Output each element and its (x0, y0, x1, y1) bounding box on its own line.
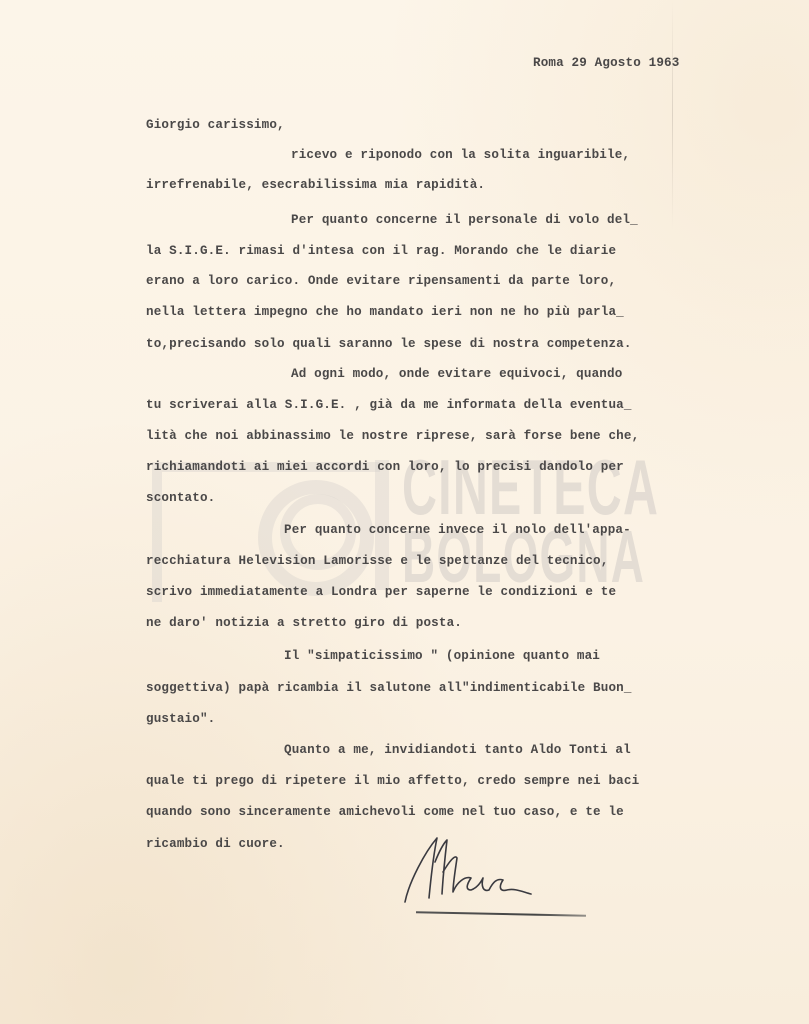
body-line: Ad ogni modo, onde evitare equivoci, qua… (291, 367, 622, 381)
body-line: soggettiva) papà ricambia il salutone al… (146, 681, 632, 695)
body-line: scrivo immediatamente a Londra per saper… (146, 585, 616, 599)
body-line: ricambio di cuore. (146, 837, 285, 851)
letter-date: Roma 29 Agosto 1963 (533, 56, 679, 70)
body-line: richiamandoti ai miei accordi con loro, … (146, 460, 624, 474)
handwritten-signature: Mara (395, 832, 545, 912)
body-line: lità che noi abbinassimo le nostre ripre… (146, 429, 639, 443)
body-line: Quanto a me, invidiandoti tanto Aldo Ton… (284, 743, 631, 757)
letter-salutation: Giorgio carissimo, (146, 118, 285, 132)
body-line: scontato. (146, 491, 215, 505)
body-line: irrefrenabile, esecrabilissima mia rapid… (146, 178, 485, 192)
body-line: tu scriverai alla S.I.G.E. , già da me i… (146, 398, 632, 412)
body-line: Per quanto concerne il personale di volo… (291, 213, 638, 227)
body-line: Per quanto concerne invece il nolo dell'… (284, 523, 631, 537)
body-line: erano a loro carico. Onde evitare ripens… (146, 274, 616, 288)
body-line: nella lettera impegno che ho mandato ier… (146, 305, 624, 319)
paper-fold-crease (672, 0, 673, 230)
body-line: ricevo e riponodo con la solita inguarib… (291, 148, 630, 162)
body-line: ne daro' notizia a stretto giro di posta… (146, 616, 462, 630)
body-line: quando sono sinceramente amichevoli come… (146, 805, 624, 819)
body-line: Il "simpaticissimo " (opinione quanto ma… (284, 649, 600, 663)
body-line: recchiatura Helevision Lamorisse e le sp… (146, 554, 608, 568)
body-line: to,precisando solo quali saranno le spes… (146, 337, 632, 351)
body-line: gustaio". (146, 712, 215, 726)
body-line: la S.I.G.E. rimasi d'intesa con il rag. … (146, 244, 616, 258)
body-line: quale ti prego di ripetere il mio affett… (146, 774, 639, 788)
